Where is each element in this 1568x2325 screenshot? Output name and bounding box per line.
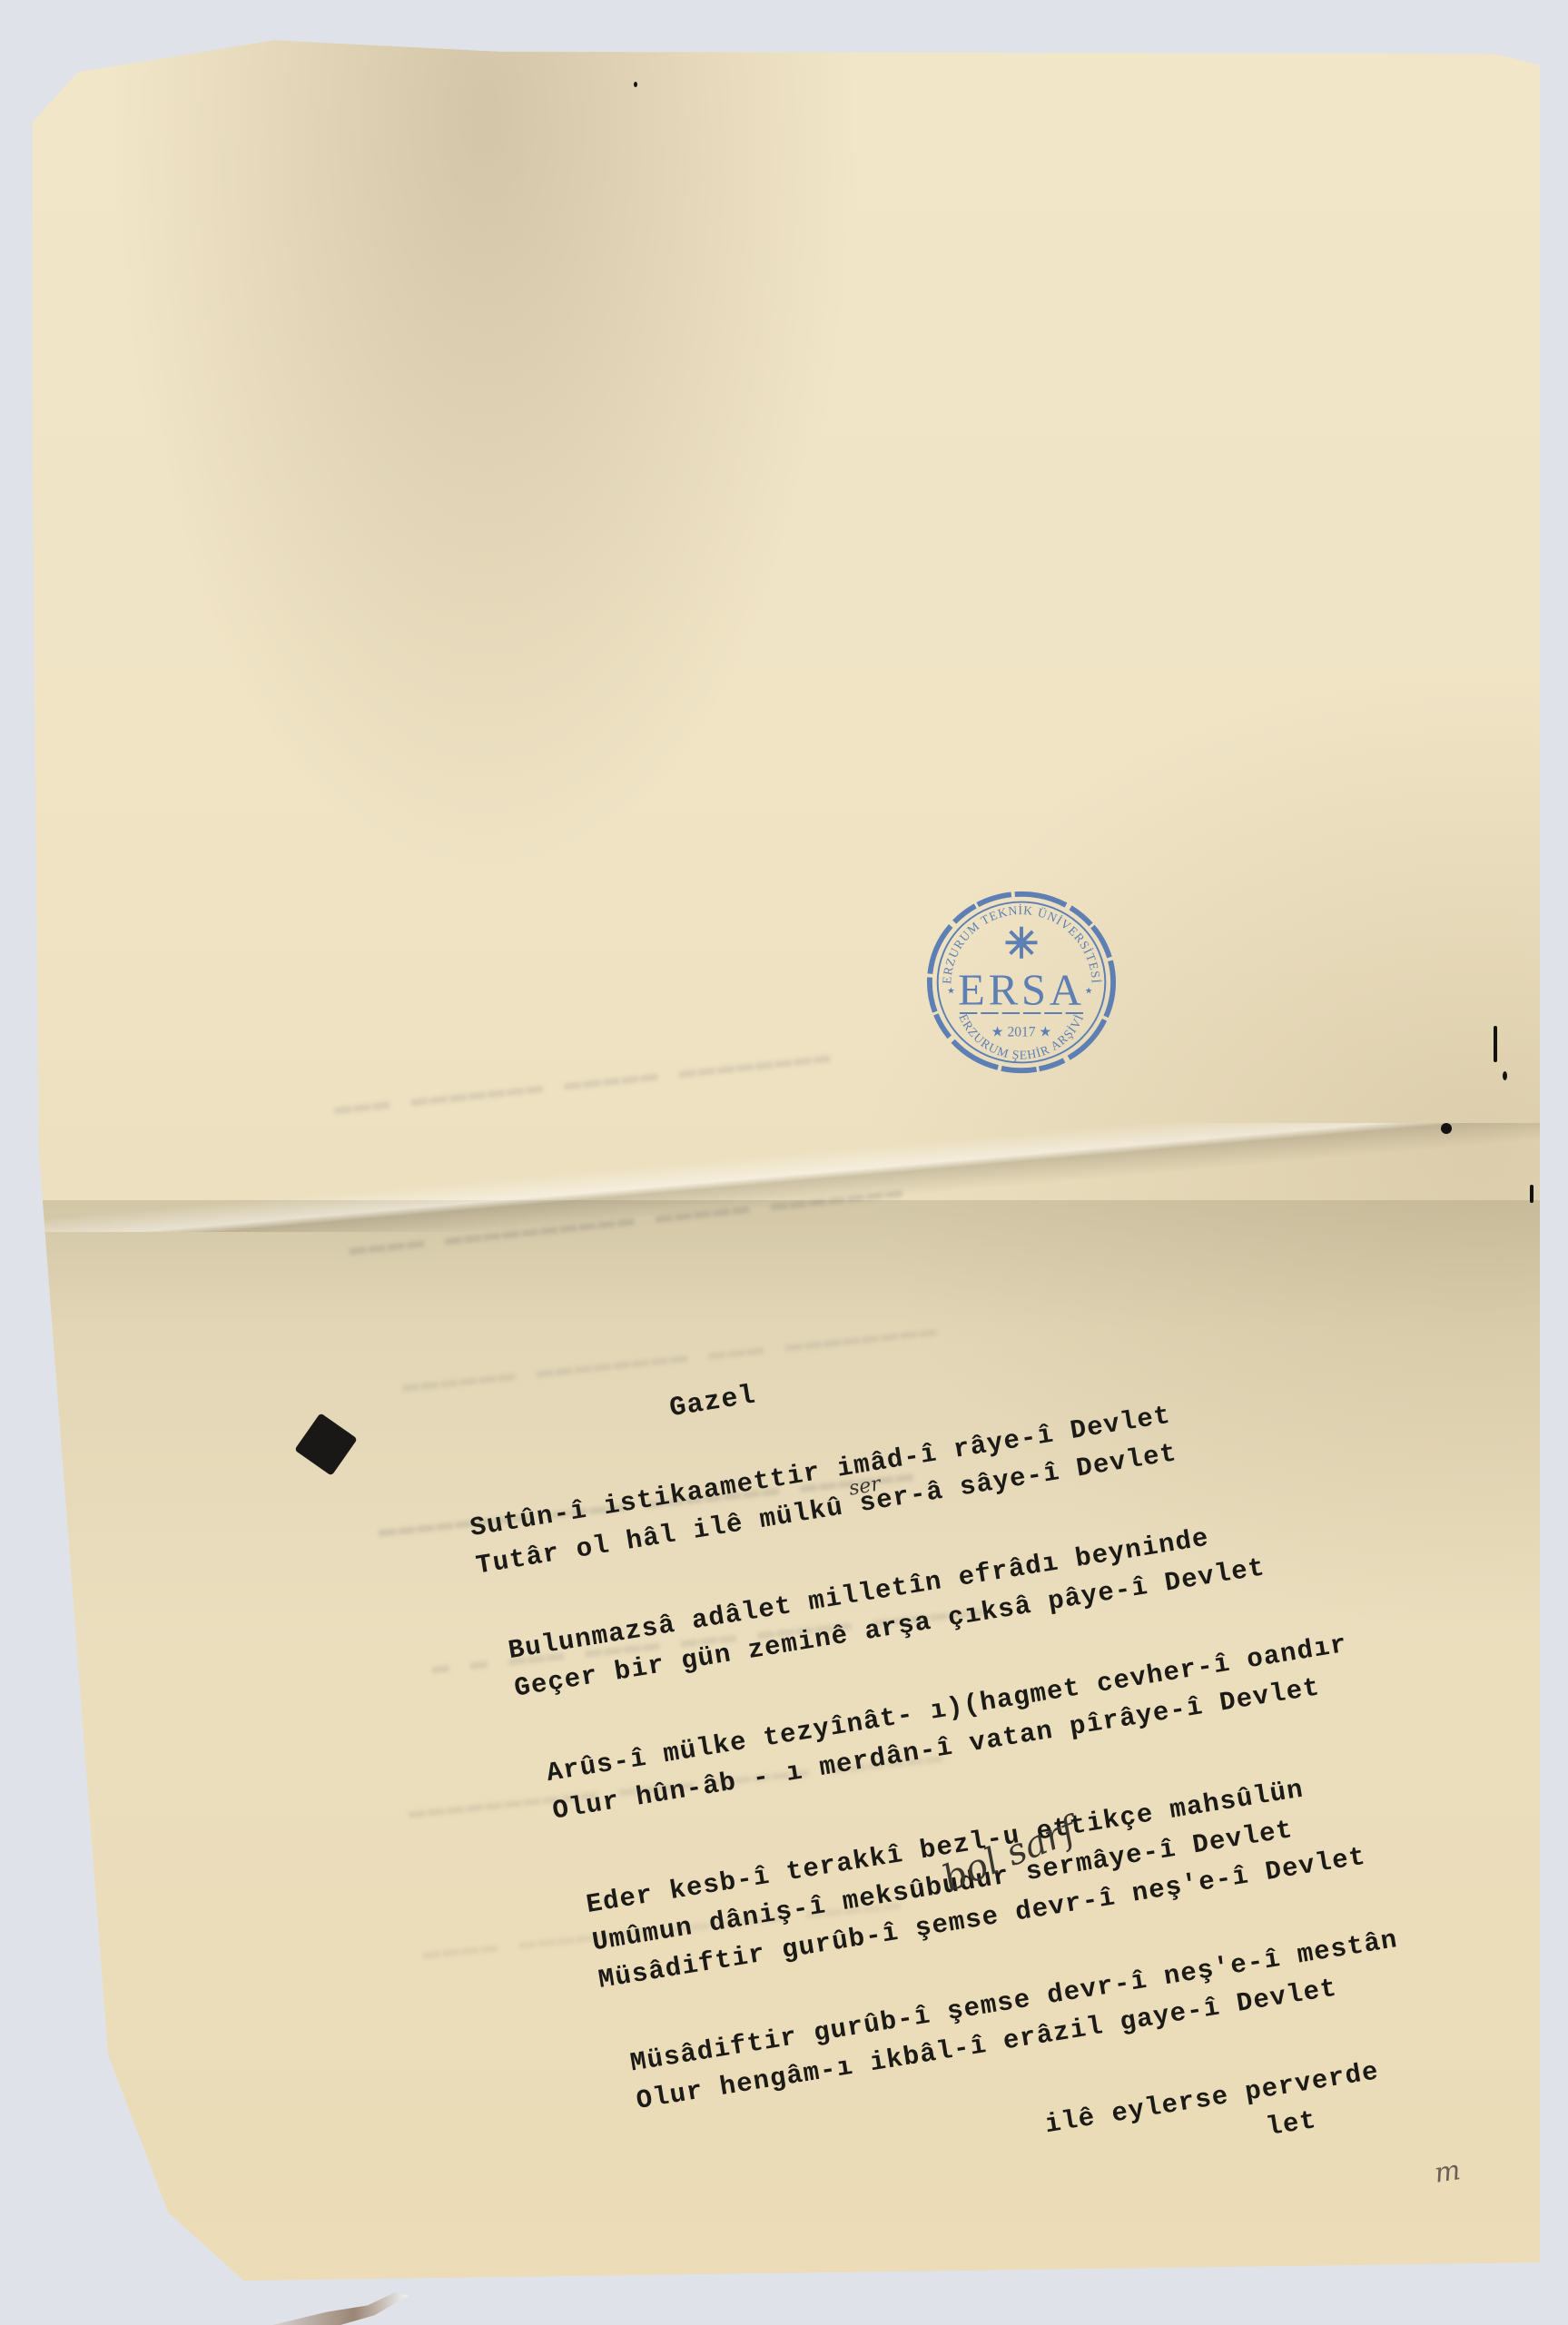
stamp-graphic: ERZURUM TEKNİK ÜNİVERSİTESİ ERSA ★ 2017 … [924, 888, 1119, 1077]
svg-text:★: ★ [1085, 985, 1092, 999]
ink-spot [1441, 1123, 1452, 1134]
svg-text:ERSA: ERSA [958, 965, 1085, 1014]
ink-spot [1503, 1071, 1507, 1080]
paper-fragment [272, 2292, 409, 2325]
document-photo: ▬▬▬ ▬▬▬▬▬▬▬ ▬▬▬▬▬ ▬▬▬▬▬▬▬▬ ▬▬▬▬ ▬▬▬▬▬▬▬▬… [0, 0, 1568, 2325]
svg-text:★ 2017 ★: ★ 2017 ★ [991, 1024, 1052, 1039]
ink-spot [634, 82, 637, 87]
ink-spot [1494, 1026, 1497, 1062]
archive-stamp: ERZURUM TEKNİK ÜNİVERSİTESİ ERSA ★ 2017 … [924, 888, 1119, 1077]
snowflake-icon [1006, 927, 1038, 959]
svg-text:★: ★ [947, 985, 954, 999]
ink-spot [1530, 1185, 1533, 1203]
handwritten-margin-mark: m [1433, 2154, 1463, 2190]
